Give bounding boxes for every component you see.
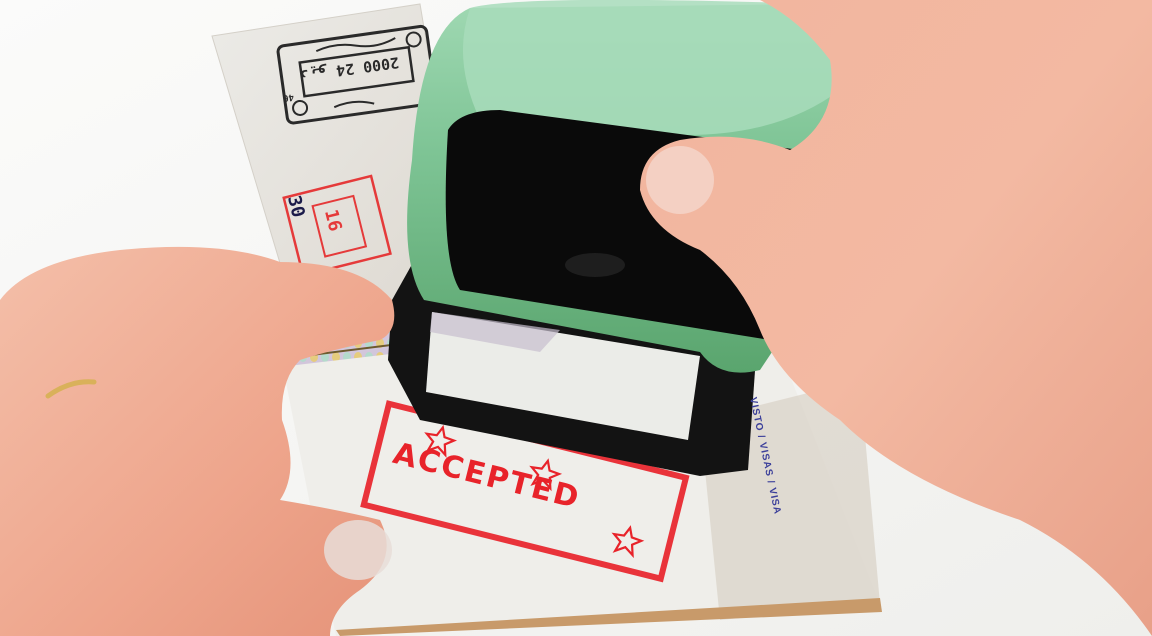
photo-scene: VISTO / VISAS / VISA ACCEPTED 2000 ديو 2… [0,0,1152,636]
photo-illustration: VISTO / VISAS / VISA [0,0,1152,636]
black-stamp-number: 46 [282,91,294,102]
